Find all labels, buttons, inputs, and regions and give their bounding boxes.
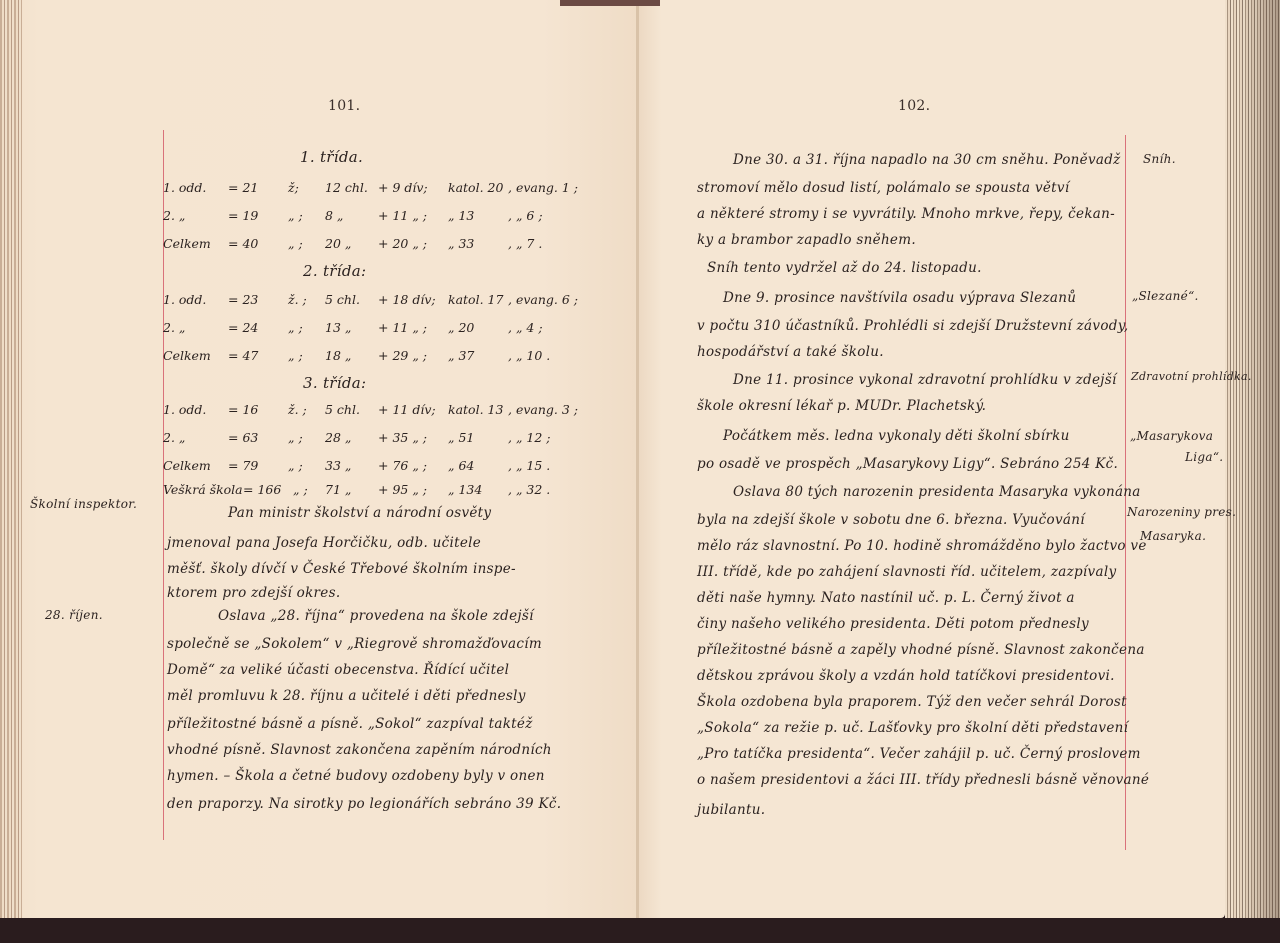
table-title: 1. třída. <box>300 148 363 166</box>
row-girls: + 76 „ ; <box>378 458 427 473</box>
row-evangelical: , „ 32 . <box>508 482 550 497</box>
row-boys: 20 „ <box>325 236 351 251</box>
text-line: Počátkem měs. ledna vykonaly děti školní… <box>723 428 1070 444</box>
text-line: Oslava „28. října“ provedena na škole zd… <box>218 608 534 624</box>
text-line: Sníh tento vydržel až do 24. listopadu. <box>707 260 982 276</box>
text-line: dětskou zprávou školy a vzdán hold tatíč… <box>697 668 1115 684</box>
row-total: = 166 <box>243 482 281 497</box>
row-girls: + 11 „ ; <box>378 208 427 223</box>
table-row: 1. odd. = 23 ž. ; 5 chl. + 18 dív; katol… <box>163 292 593 312</box>
text-line: mělo ráz slavnostní. Po 10. hodině shrom… <box>697 538 1147 554</box>
row-unit: ž. ; <box>288 402 307 417</box>
text-line: a některé stromy i se vyvrátily. Mnoho m… <box>697 206 1115 222</box>
text-line: Dne 9. prosince navštívila osadu výprava… <box>723 290 1076 306</box>
row-unit: „ ; <box>293 482 308 497</box>
right-page-edges <box>1225 0 1280 918</box>
row-evangelical: , „ 6 ; <box>508 208 543 223</box>
margin-note: Zdravotní prohlídka. <box>1131 370 1252 383</box>
text-line: „Pro tatíčka presidenta“. Večer zahájil … <box>697 746 1141 762</box>
row-catholic: „ 33 <box>448 236 474 251</box>
row-unit: ž; <box>288 180 299 195</box>
table-row: 2. „ = 19 „ ; 8 „ + 11 „ ; „ 13 , „ 6 ; <box>163 208 593 228</box>
text-line: příležitostné básně a písně. „Sokol“ zaz… <box>167 716 533 732</box>
margin-note: Sníh. <box>1143 152 1176 166</box>
row-total: = 24 <box>228 320 258 335</box>
book-spread: 101. 102. Školní inspektor. 28. říjen. 1… <box>0 0 1280 918</box>
text-line: jmenoval pana Josefa Horčičku, odb. učit… <box>167 535 481 551</box>
text-line: jubilantu. <box>697 802 765 818</box>
row-unit: „ ; <box>288 430 303 445</box>
row-total: = 47 <box>228 348 258 363</box>
row-girls: + 95 „ ; <box>378 482 427 497</box>
row-unit: „ ; <box>288 458 303 473</box>
margin-note: Liga“. <box>1185 450 1223 464</box>
book-gutter <box>636 0 639 918</box>
text-line: stromoví mělo dosud listí, polámalo se s… <box>697 180 1069 196</box>
row-unit: „ ; <box>288 348 303 363</box>
right-page-number: 102. <box>898 98 930 114</box>
text-line: Domě“ za veliké účasti obecenstva. Řídíc… <box>167 662 509 678</box>
table-row: Celkem = 79 „ ; 33 „ + 76 „ ; „ 64 , „ 1… <box>163 458 593 478</box>
margin-note: „Slezané“. <box>1132 289 1199 303</box>
text-line: po osadě ve prospěch „Masarykovy Ligy“. … <box>697 456 1118 472</box>
row-label: 2. „ <box>163 320 185 335</box>
row-unit: ž. ; <box>288 292 307 307</box>
table-row: Veškrá škola = 166 „ ; 71 „ + 95 „ ; „ 1… <box>163 482 593 502</box>
margin-note: „Masarykova <box>1130 429 1213 443</box>
row-evangelical: , „ 15 . <box>508 458 550 473</box>
row-evangelical: , „ 4 ; <box>508 320 543 335</box>
row-catholic: „ 51 <box>448 430 474 445</box>
row-girls: + 20 „ ; <box>378 236 427 251</box>
row-unit: „ ; <box>288 208 303 223</box>
row-unit: „ ; <box>288 320 303 335</box>
text-line: Oslava 80 tých narozenin presidenta Masa… <box>733 484 1141 500</box>
row-boys: 5 chl. <box>325 402 360 417</box>
row-girls: + 11 „ ; <box>378 320 427 335</box>
row-catholic: „ 20 <box>448 320 474 335</box>
row-catholic: „ 37 <box>448 348 474 363</box>
text-line: společně se „Sokolem“ v „Riegrově shroma… <box>167 636 542 652</box>
row-catholic: katol. 13 <box>448 402 503 417</box>
text-line: měšť. školy dívčí v České Třebové školní… <box>167 561 516 577</box>
row-boys: 5 chl. <box>325 292 360 307</box>
table-row: 1. odd. = 21 ž; 12 chl. + 9 dív; katol. … <box>163 180 593 200</box>
row-boys: 12 chl. <box>325 180 368 195</box>
table-row: 2. „ = 63 „ ; 28 „ + 35 „ ; „ 51 , „ 12 … <box>163 430 593 450</box>
row-evangelical: , evang. 1 ; <box>508 180 578 195</box>
margin-note: Narozeniny pres. <box>1127 505 1236 519</box>
text-line: škole okresní lékař p. MUDr. Plachetský. <box>697 398 986 414</box>
text-line: v počtu 310 účastníků. Prohlédli si zdej… <box>697 318 1128 334</box>
row-label: Celkem <box>163 458 211 473</box>
row-girls: + 11 dív; <box>378 402 436 417</box>
margin-note: 28. říjen. <box>45 608 103 622</box>
text-line: Dne 30. a 31. října napadlo na 30 cm sně… <box>733 152 1121 168</box>
row-total: = 23 <box>228 292 258 307</box>
left-page-number: 101. <box>328 98 360 114</box>
text-line: měl promluvu k 28. říjnu a učitelé i dět… <box>167 688 526 704</box>
table-row: 1. odd. = 16 ž. ; 5 chl. + 11 dív; katol… <box>163 402 593 422</box>
text-line: Dne 11. prosince vykonal zdravotní prohl… <box>733 372 1117 388</box>
row-label: 2. „ <box>163 208 185 223</box>
text-line: hymen. – Škola a četné budovy ozdobeny b… <box>167 768 545 784</box>
text-line: „Sokola“ za režie p. uč. Lašťovky pro šk… <box>697 720 1128 736</box>
row-total: = 40 <box>228 236 258 251</box>
row-catholic: katol. 17 <box>448 292 503 307</box>
row-catholic: „ 64 <box>448 458 474 473</box>
row-girls: + 29 „ ; <box>378 348 427 363</box>
row-evangelical: , „ 7 . <box>508 236 542 251</box>
text-line: Škola ozdobena byla praporem. Týž den ve… <box>697 694 1127 710</box>
text-line: byla na zdejší škole v sobotu dne 6. bře… <box>697 512 1085 528</box>
row-boys: 18 „ <box>325 348 351 363</box>
row-unit: „ ; <box>288 236 303 251</box>
text-line: o našem presidentovi a žáci III. třídy p… <box>697 772 1149 788</box>
row-evangelical: , „ 10 . <box>508 348 550 363</box>
row-total: = 16 <box>228 402 258 417</box>
left-page-edges <box>0 0 22 918</box>
row-boys: 8 „ <box>325 208 343 223</box>
text-line: příležitostné básně a zapěly vhodné písn… <box>697 642 1145 658</box>
row-boys: 13 „ <box>325 320 351 335</box>
table-row: 2. „ = 24 „ ; 13 „ + 11 „ ; „ 20 , „ 4 ; <box>163 320 593 340</box>
text-line: hospodářství a také školu. <box>697 344 884 360</box>
text-line: činy našeho velikého presidenta. Děti po… <box>697 616 1089 632</box>
text-line: III. třídě, kde po zahájení slavnosti ří… <box>697 564 1116 580</box>
text-line: Pan ministr školství a národní osvěty <box>228 505 491 521</box>
row-label: Veškrá škola <box>163 482 243 497</box>
row-total: = 79 <box>228 458 258 473</box>
row-catholic: „ 134 <box>448 482 482 497</box>
row-label: 2. „ <box>163 430 185 445</box>
margin-note: Školní inspektor. <box>30 497 137 511</box>
text-line: ky a brambor zapadlo sněhem. <box>697 232 916 248</box>
row-girls: + 18 dív; <box>378 292 436 307</box>
row-label: Celkem <box>163 236 211 251</box>
row-total: = 19 <box>228 208 258 223</box>
row-evangelical: , evang. 3 ; <box>508 402 578 417</box>
row-boys: 71 „ <box>325 482 351 497</box>
table-row: Celkem = 47 „ ; 18 „ + 29 „ ; „ 37 , „ 1… <box>163 348 593 368</box>
text-line: vhodné písně. Slavnost zakončena zapěním… <box>167 742 552 758</box>
row-evangelical: , „ 12 ; <box>508 430 551 445</box>
spine-top <box>560 0 660 6</box>
row-girls: + 9 dív; <box>378 180 428 195</box>
table-row: Celkem = 40 „ ; 20 „ + 20 „ ; „ 33 , „ 7… <box>163 236 593 256</box>
row-catholic: „ 13 <box>448 208 474 223</box>
table-title: 3. třída: <box>303 374 366 392</box>
row-label: 1. odd. <box>163 180 206 195</box>
margin-note: Masaryka. <box>1140 529 1206 543</box>
row-label: 1. odd. <box>163 402 206 417</box>
text-line: den praporzy. Na sirotky po legionářích … <box>167 796 561 812</box>
row-girls: + 35 „ ; <box>378 430 427 445</box>
row-evangelical: , evang. 6 ; <box>508 292 578 307</box>
row-catholic: katol. 20 <box>448 180 503 195</box>
row-boys: 28 „ <box>325 430 351 445</box>
table-title: 2. třída: <box>303 262 366 280</box>
text-line: děti naše hymny. Nato nastínil uč. p. L.… <box>697 590 1075 606</box>
row-label: Celkem <box>163 348 211 363</box>
text-line: ktorem pro zdejší okres. <box>167 585 340 601</box>
row-boys: 33 „ <box>325 458 351 473</box>
row-total: = 63 <box>228 430 258 445</box>
row-total: = 21 <box>228 180 258 195</box>
row-label: 1. odd. <box>163 292 206 307</box>
